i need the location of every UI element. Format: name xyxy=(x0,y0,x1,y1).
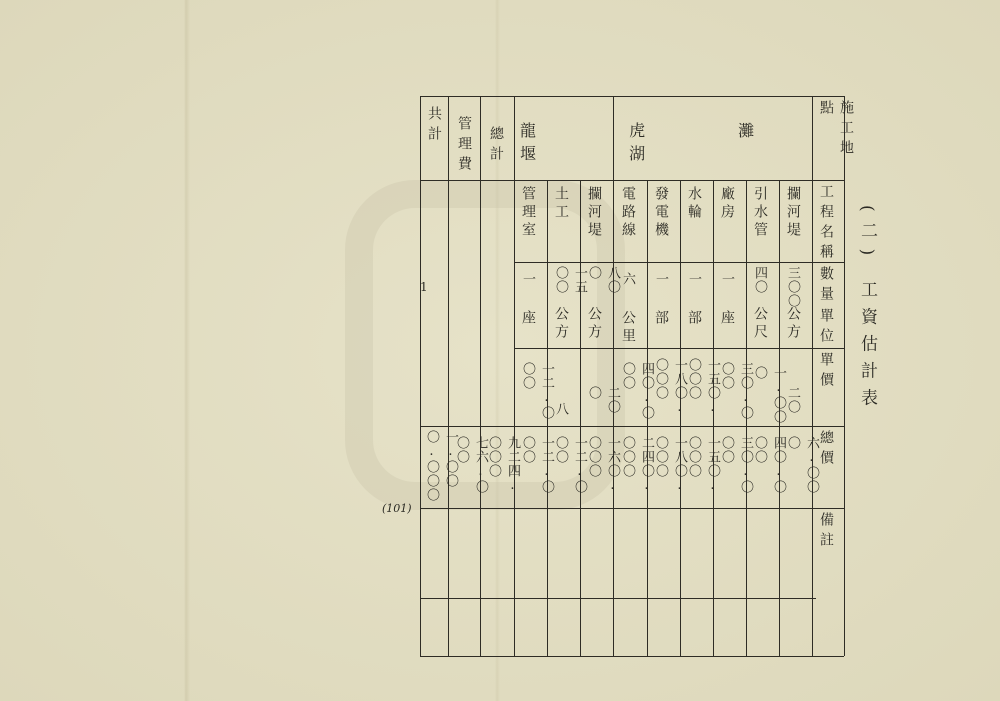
management-fee-label: 管理費 xyxy=(454,116,474,176)
item-name: 廠房 xyxy=(717,186,737,260)
item-quantity: 一 xyxy=(518,272,537,302)
item-name: 管理室 xyxy=(518,186,538,260)
item-total: 一八〇.〇〇〇 xyxy=(651,436,689,506)
document-title: (二) 工資估計表 xyxy=(858,205,880,416)
header-unit-price: 單價 xyxy=(816,352,836,422)
header-location: 施工地點 xyxy=(816,100,856,178)
item-quantity: 一五〇〇 xyxy=(551,266,589,306)
header-quantity: 數量 xyxy=(816,266,836,306)
item-name: 引水管 xyxy=(750,186,770,260)
item-total: 一二.〇〇〇 xyxy=(518,436,556,506)
header-unit: 單位 xyxy=(816,308,836,348)
item-total: 一六〇.〇〇〇 xyxy=(584,436,622,506)
item-name: 發電機 xyxy=(651,186,671,260)
item-quantity: 八〇〇 xyxy=(584,266,622,306)
item-unit: 座 xyxy=(518,310,538,346)
item-unit-price: 二〇〇 xyxy=(584,386,622,424)
item-name: 水輪 xyxy=(684,186,704,260)
item-name: 電路線 xyxy=(618,186,638,260)
item-total: 二四〇.〇〇〇 xyxy=(618,436,656,506)
item-name: 土工 xyxy=(551,186,571,260)
item-unit-price: 一八〇.〇〇〇 xyxy=(651,358,689,424)
item-quantity: 四〇 xyxy=(750,266,769,306)
item-name: 攔河堤 xyxy=(584,186,604,260)
item-total: 六.〇〇〇 xyxy=(783,436,821,506)
item-unit-price: 一五〇.〇〇〇 xyxy=(684,358,722,424)
item-total: 三〇.〇〇〇 xyxy=(717,436,755,506)
item-unit: 座 xyxy=(717,310,737,346)
item-name: 攔河堤 xyxy=(783,186,803,260)
page-number: (101) xyxy=(382,502,412,515)
item-unit-price: 一二.〇〇〇 xyxy=(518,362,556,424)
grand-total-label: 共計 xyxy=(424,106,444,176)
location-name: 龍 虎 灘 堰 湖 xyxy=(520,116,810,166)
header-remarks: 備註 xyxy=(816,512,836,652)
item-total: 四〇.〇〇〇 xyxy=(750,436,788,506)
item-unit-price: 三〇.〇〇〇 xyxy=(717,362,755,424)
item-unit: 公方 xyxy=(783,306,803,346)
item-unit: 公方 xyxy=(584,306,604,346)
item-unit: 公尺 xyxy=(750,306,770,346)
item-total: 一五〇.〇〇〇 xyxy=(684,436,722,506)
item-quantity: 一 xyxy=(717,272,736,302)
item-total: 一二.〇〇〇 xyxy=(551,436,589,506)
cost-estimate-table: 施工地點 工程名稱 數量 單位 單價 總價 備註 龍 虎 灘 堰 湖 總計 管理… xyxy=(420,96,844,656)
item-unit-price: 一.〇〇〇 xyxy=(750,366,788,424)
item-unit-price: 四〇.〇〇〇 xyxy=(618,362,656,424)
item-unit: 公方 xyxy=(551,306,571,346)
header-item-name: 工程名稱 xyxy=(816,184,836,264)
item-quantity: 一 xyxy=(684,272,703,302)
item-unit: 部 xyxy=(651,310,671,346)
item-unit: 部 xyxy=(684,310,704,346)
subtotal-label: 總計 xyxy=(486,126,506,176)
grand-total-value: 一.〇〇〇.〇〇〇 xyxy=(422,430,460,510)
item-unit: 公里 xyxy=(618,310,638,346)
item-quantity: 一 xyxy=(651,272,670,302)
